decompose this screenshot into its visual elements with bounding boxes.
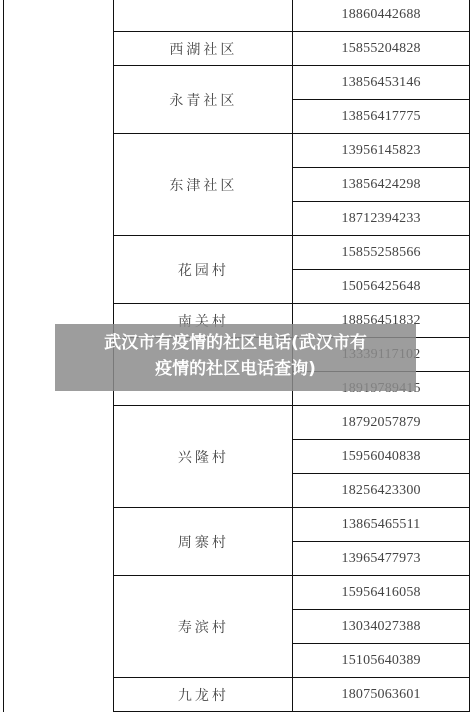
table-row: 18860442688 xyxy=(4,0,470,32)
phone-number: 13856417775 xyxy=(293,100,470,134)
phone-number: 15956040838 xyxy=(293,440,470,474)
phone-number: 18712394233 xyxy=(293,202,470,236)
phone-number: 15105640389 xyxy=(293,644,470,678)
phone-number: 13865465511 xyxy=(293,508,470,542)
overlay-title-line-1: 武汉市有疫情的社区电话(武汉市有 xyxy=(55,330,416,356)
phone-number: 18075063601 xyxy=(293,678,470,712)
phone-number: 13965477973 xyxy=(293,542,470,576)
phone-number: 13034027388 xyxy=(293,610,470,644)
overlay-title-line-2: 疫情的社区电话查询) xyxy=(55,356,416,382)
title-overlay-banner: 武汉市有疫情的社区电话(武汉市有 疫情的社区电话查询) xyxy=(55,324,416,391)
phone-number: 15956416058 xyxy=(293,576,470,610)
phone-number: 13956145823 xyxy=(293,134,470,168)
community-name xyxy=(114,0,293,32)
phone-number: 18860442688 xyxy=(293,0,470,32)
phone-number: 18792057879 xyxy=(293,406,470,440)
community-name: 永青社区 xyxy=(114,66,293,134)
phone-number: 15056425648 xyxy=(293,270,470,304)
community-name: 周寨村 xyxy=(114,508,293,576)
community-name: 东津社区 xyxy=(114,134,293,236)
phone-number: 13856424298 xyxy=(293,168,470,202)
community-name: 花园村 xyxy=(114,236,293,304)
community-name: 兴隆村 xyxy=(114,406,293,508)
phone-number: 13856453146 xyxy=(293,66,470,100)
community-name: 西湖社区 xyxy=(114,32,293,66)
community-name: 寿滨村 xyxy=(114,576,293,678)
phone-number: 18256423300 xyxy=(293,474,470,508)
phone-number: 15855258566 xyxy=(293,236,470,270)
community-name: 九龙村 xyxy=(114,678,293,712)
phone-number: 15855204828 xyxy=(293,32,470,66)
